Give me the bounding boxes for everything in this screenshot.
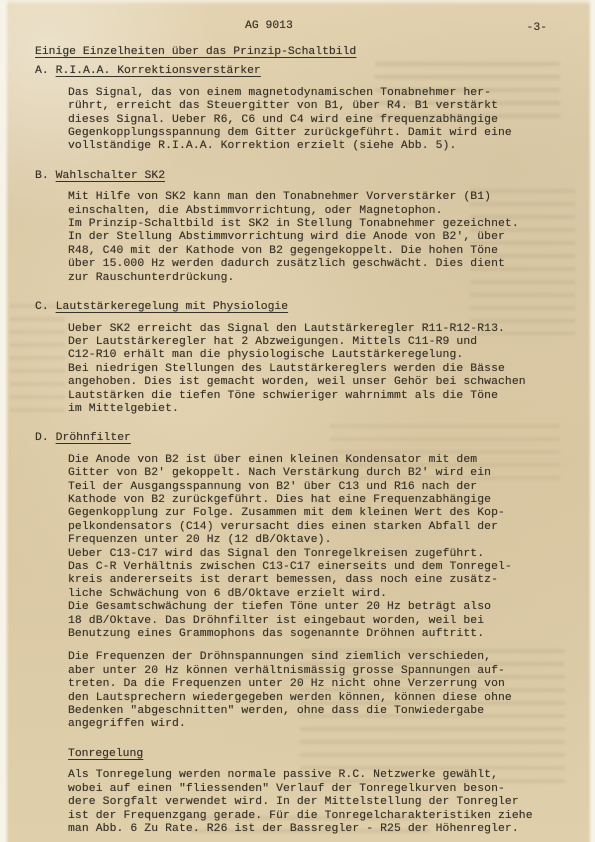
section-heading: D.Dröhnfilter bbox=[35, 432, 565, 445]
section-heading-text: Tonregelung bbox=[68, 748, 143, 760]
section-heading: C.Lautstärkeregelung mit Physiologie bbox=[35, 301, 565, 314]
page-title: Einige Einzelheiten über das Prinzip-Sch… bbox=[35, 46, 356, 59]
scan-edge-left bbox=[0, 0, 9, 842]
page-header: AG 9013 -3- bbox=[35, 20, 565, 33]
section-droehnfilter: D.Dröhnfilter Die Anode von B2 ist über … bbox=[35, 432, 565, 732]
section-label: B. bbox=[35, 170, 49, 182]
scan-edge-right bbox=[588, 0, 595, 842]
section-heading-text: Lautstärkeregelung mit Physiologie bbox=[56, 301, 288, 313]
section-heading-text: R.I.A.A. Korrektionsverstärker bbox=[56, 65, 261, 77]
section-lautstaerke: C.Lautstärkeregelung mit Physiologie Ueb… bbox=[35, 301, 565, 416]
paragraph: Als Tonregelung werden normale passive R… bbox=[68, 769, 565, 836]
section-heading-text: Dröhnfilter bbox=[56, 432, 131, 444]
paragraph: Ueber SK2 erreicht das Signal den Lautst… bbox=[68, 323, 565, 417]
section-label: D. bbox=[35, 432, 49, 444]
doc-number: AG 9013 bbox=[245, 20, 293, 33]
section-label: A. bbox=[35, 65, 49, 77]
page-number: -3- bbox=[526, 22, 547, 35]
section-riaa: A.R.I.A.A. Korrektionsverstärker Das Sig… bbox=[35, 65, 565, 153]
section-heading-text: Wahlschalter SK2 bbox=[56, 170, 165, 182]
section-label: C. bbox=[35, 301, 49, 313]
section-heading: B.Wahlschalter SK2 bbox=[35, 170, 565, 183]
section-wahlschalter: B.Wahlschalter SK2 Mit Hilfe von SK2 kan… bbox=[35, 170, 565, 285]
section-heading: A.R.I.A.A. Korrektionsverstärker bbox=[35, 65, 565, 78]
paragraph: Mit Hilfe von SK2 kann man den Tonabnehm… bbox=[68, 191, 565, 285]
section-heading: Tonregelung bbox=[68, 748, 565, 761]
paragraph: Die Frequenzen der Dröhnspannungen sind … bbox=[68, 651, 565, 731]
section-tonregelung: Tonregelung Als Tonregelung werden norma… bbox=[35, 748, 565, 836]
document-page: AG 9013 -3- Einige Einzelheiten über das… bbox=[0, 0, 595, 842]
page-content: AG 9013 -3- Einige Einzelheiten über das… bbox=[35, 20, 565, 836]
paragraph: Die Anode von B2 ist über einen kleinen … bbox=[68, 454, 565, 642]
scan-edge-top bbox=[0, 0, 595, 5]
paragraph: Das Signal, das von einem magnetodynamis… bbox=[68, 87, 565, 154]
